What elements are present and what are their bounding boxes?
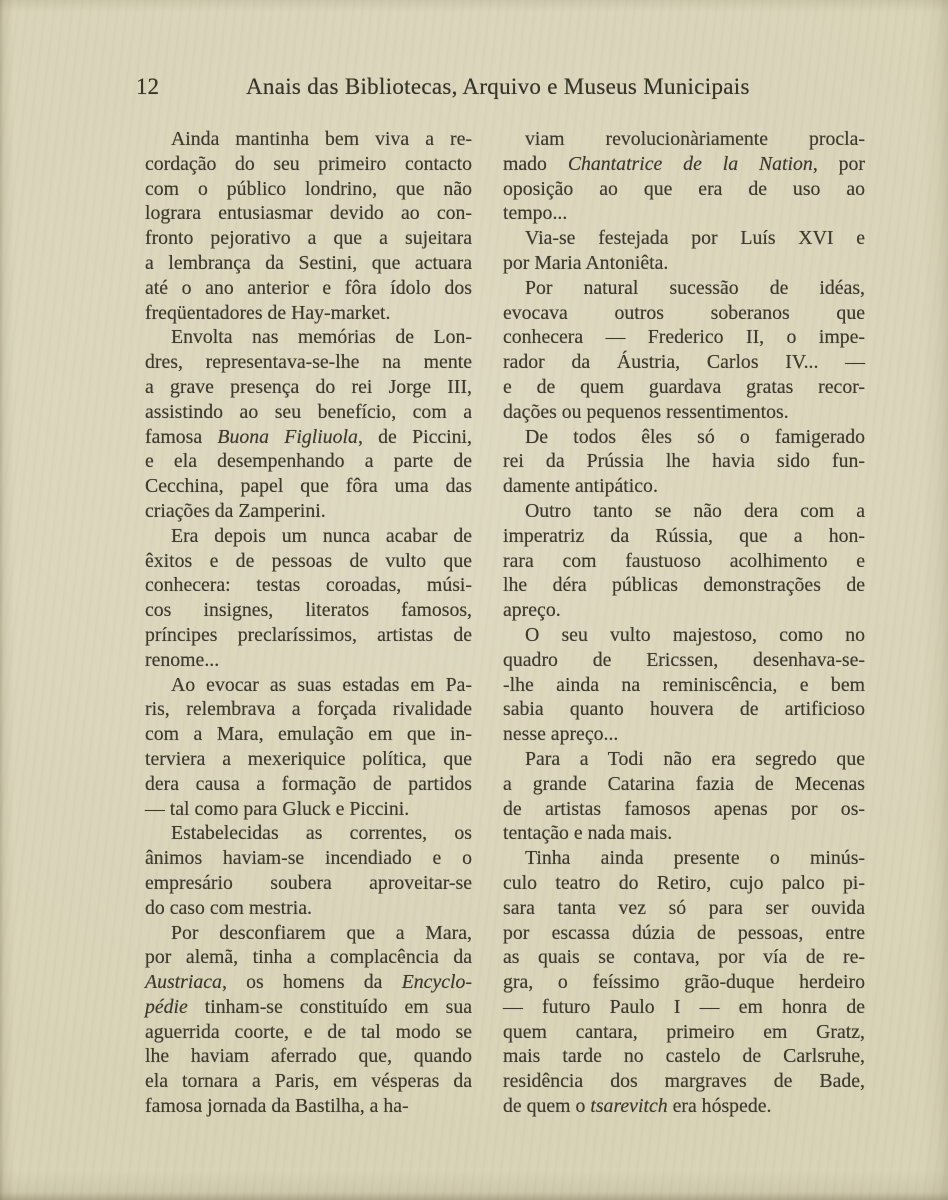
text-line: lograra entusiasmar devido ao con- xyxy=(145,201,472,226)
text-line: tempo... xyxy=(503,201,865,226)
text-line: e ela desempenhando a parte de xyxy=(145,449,472,474)
text-line: Outro tanto se não dera com a xyxy=(503,499,865,524)
text-line: Cecchina, papel que fôra uma das xyxy=(145,474,472,499)
right-text-column: viam revolucionàriamente procla-mado Cha… xyxy=(503,127,865,1119)
paragraph: viam revolucionàriamente procla-mado Cha… xyxy=(503,127,865,226)
text-line: a grande Catarina fazia de Mecenas xyxy=(503,772,865,797)
text-line: Tinha ainda presente o minús- xyxy=(503,846,865,871)
text-line: dera causa a formação de partidos xyxy=(145,772,472,797)
text-line: apreço. xyxy=(503,598,865,623)
text-line: sabia quanto houvera de artificioso xyxy=(503,697,865,722)
text-line: empresário soubera aproveitar-se xyxy=(145,871,472,896)
text-line: O seu vulto majestoso, como no xyxy=(503,623,865,648)
text-line: até o ano anterior e fôra ídolo dos xyxy=(145,276,472,301)
text-line: famosa jornada da Bastilha, a ha- xyxy=(145,1094,472,1119)
text-line: tentação e nada mais. xyxy=(503,821,865,846)
text-line: renome... xyxy=(145,648,472,673)
text-line: de artistas famosos apenas por os- xyxy=(503,797,865,822)
running-title: Anais das Bibliotecas, Arquivo e Museus … xyxy=(246,74,750,100)
text-line: -lhe ainda na reminiscência, e bem xyxy=(503,673,865,698)
text-line: príncipes preclaríssimos, artistas de xyxy=(145,623,472,648)
text-line: famosa Buona Figliuola, de Piccini, xyxy=(145,425,472,450)
text-line: quadro de Ericssen, desenhava-se- xyxy=(503,648,865,673)
text-line: viam revolucionàriamente procla- xyxy=(503,127,865,152)
text-line: lhe déra públicas demonstrações de xyxy=(503,573,865,598)
text-line: residência dos margraves de Bade, xyxy=(503,1069,865,1094)
text-line: imperatriz da Rússia, que a hon- xyxy=(503,524,865,549)
paragraph: De todos êles só o famigeradorei da Prús… xyxy=(503,425,865,499)
text-line: ânimos haviam-se incendiado e o xyxy=(145,846,472,871)
text-line: e de quem guardava gratas recor- xyxy=(503,375,865,400)
paragraph: Para a Todi não era segredo quea grande … xyxy=(503,747,865,846)
paragraph: Por desconfiarem que a Mara,por alemã, t… xyxy=(145,921,472,1119)
paragraph: Ao evocar as suas estadas em Pa-ris, rel… xyxy=(145,673,472,822)
text-line: ela tornara a Paris, em vésperas da xyxy=(145,1069,472,1094)
text-line: Era depois um nunca acabar de xyxy=(145,524,472,549)
text-line: conhecera — Frederico II, o impe- xyxy=(503,325,865,350)
text-line: fronto pejorativo a que a sujeitara xyxy=(145,226,472,251)
text-line: de quem o tsarevitch era hóspede. xyxy=(503,1094,865,1119)
text-line: cordação do seu primeiro contacto xyxy=(145,152,472,177)
paragraph: O seu vulto majestoso, como noquadro de … xyxy=(503,623,865,747)
paragraph: Via-se festejada por Luís XVI epor Maria… xyxy=(503,226,865,276)
text-line: terviera a mexeriquice política, que xyxy=(145,747,472,772)
paragraph: Por natural sucessão de idéas,evocava ou… xyxy=(503,276,865,425)
text-line: rador da Áustria, Carlos IV... — xyxy=(503,350,865,375)
text-line: com a Mara, emulação em que in- xyxy=(145,722,472,747)
text-line: — futuro Paulo I — em honra de xyxy=(503,995,865,1020)
text-line: a lembrança da Sestini, que actuara xyxy=(145,251,472,276)
text-line: Por natural sucessão de idéas, xyxy=(503,276,865,301)
text-line: lhe haviam aferrado que, quando xyxy=(145,1044,472,1069)
text-line: quem cantara, primeiro em Gratz, xyxy=(503,1020,865,1045)
text-line: De todos êles só o famigerado xyxy=(503,425,865,450)
text-line: por alemã, tinha a complacência da xyxy=(145,945,472,970)
text-line: sara tanta vez só para ser ouvida xyxy=(503,896,865,921)
text-line: damente antipático. xyxy=(503,474,865,499)
text-line: gra, o feíssimo grão-duque herdeiro xyxy=(503,970,865,995)
text-line: cos insignes, literatos famosos, xyxy=(145,598,472,623)
text-line: evocava outros soberanos que xyxy=(503,301,865,326)
text-line: freqüentadores de Hay-market. xyxy=(145,301,472,326)
text-line: nesse apreço... xyxy=(503,722,865,747)
page-number: 12 xyxy=(136,74,159,100)
text-line: do caso com mestria. xyxy=(145,896,472,921)
scanned-book-page: 12 Anais das Bibliotecas, Arquivo e Muse… xyxy=(0,0,948,1200)
text-line: dres, representava-se-lhe na mente xyxy=(145,350,472,375)
text-line: Ao evocar as suas estadas em Pa- xyxy=(145,673,472,698)
paragraph: Envolta nas memórias de Lon-dres, repres… xyxy=(145,325,472,523)
text-line: rara com faustuoso acolhimento e xyxy=(503,549,865,574)
text-line: ris, relembrava a forçada rivalidade xyxy=(145,697,472,722)
text-line: a grave presença do rei Jorge III, xyxy=(145,375,472,400)
text-line: Estabelecidas as correntes, os xyxy=(145,821,472,846)
text-line: por Maria Antoniêta. xyxy=(503,251,865,276)
text-line: Via-se festejada por Luís XVI e xyxy=(503,226,865,251)
text-line: mado Chantatrice de la Nation, por xyxy=(503,152,865,177)
text-line: assistindo ao seu benefício, com a xyxy=(145,400,472,425)
text-line: Por desconfiarem que a Mara, xyxy=(145,921,472,946)
left-text-column: Ainda mantinha bem viva a re-cordação do… xyxy=(145,127,472,1119)
text-line: Envolta nas memórias de Lon- xyxy=(145,325,472,350)
text-line: pédie tinham-se constituído em sua xyxy=(145,995,472,1020)
text-line: Austriaca, os homens da Encyclo- xyxy=(145,970,472,995)
running-header: 12 Anais das Bibliotecas, Arquivo e Muse… xyxy=(0,74,948,104)
paragraph: Era depois um nunca acabar deêxitos e de… xyxy=(145,524,472,673)
text-line: êxitos e de pessoas de vulto que xyxy=(145,549,472,574)
text-line: conhecera: testas coroadas, músi- xyxy=(145,573,472,598)
text-line: culo teatro do Retiro, cujo palco pi- xyxy=(503,871,865,896)
text-line: Para a Todi não era segredo que xyxy=(503,747,865,772)
paragraph: Estabelecidas as correntes, osânimos hav… xyxy=(145,821,472,920)
text-line: por escassa dúzia de pessoas, entre xyxy=(503,921,865,946)
text-line: — tal como para Gluck e Piccini. xyxy=(145,797,472,822)
paragraph: Outro tanto se não dera com aimperatriz … xyxy=(503,499,865,623)
text-line: criações da Zamperini. xyxy=(145,499,472,524)
text-line: Ainda mantinha bem viva a re- xyxy=(145,127,472,152)
text-line: as quais se contava, por vía de re- xyxy=(503,945,865,970)
text-line: oposição ao que era de uso ao xyxy=(503,177,865,202)
text-line: rei da Prússia lhe havia sido fun- xyxy=(503,449,865,474)
text-line: mais tarde no castelo de Carlsruhe, xyxy=(503,1044,865,1069)
text-line: com o público londrino, que não xyxy=(145,177,472,202)
paragraph: Tinha ainda presente o minús-culo teatro… xyxy=(503,846,865,1119)
text-line: dações ou pequenos ressentimentos. xyxy=(503,400,865,425)
paragraph: Ainda mantinha bem viva a re-cordação do… xyxy=(145,127,472,325)
text-line: aguerrida coorte, e de tal modo se xyxy=(145,1020,472,1045)
